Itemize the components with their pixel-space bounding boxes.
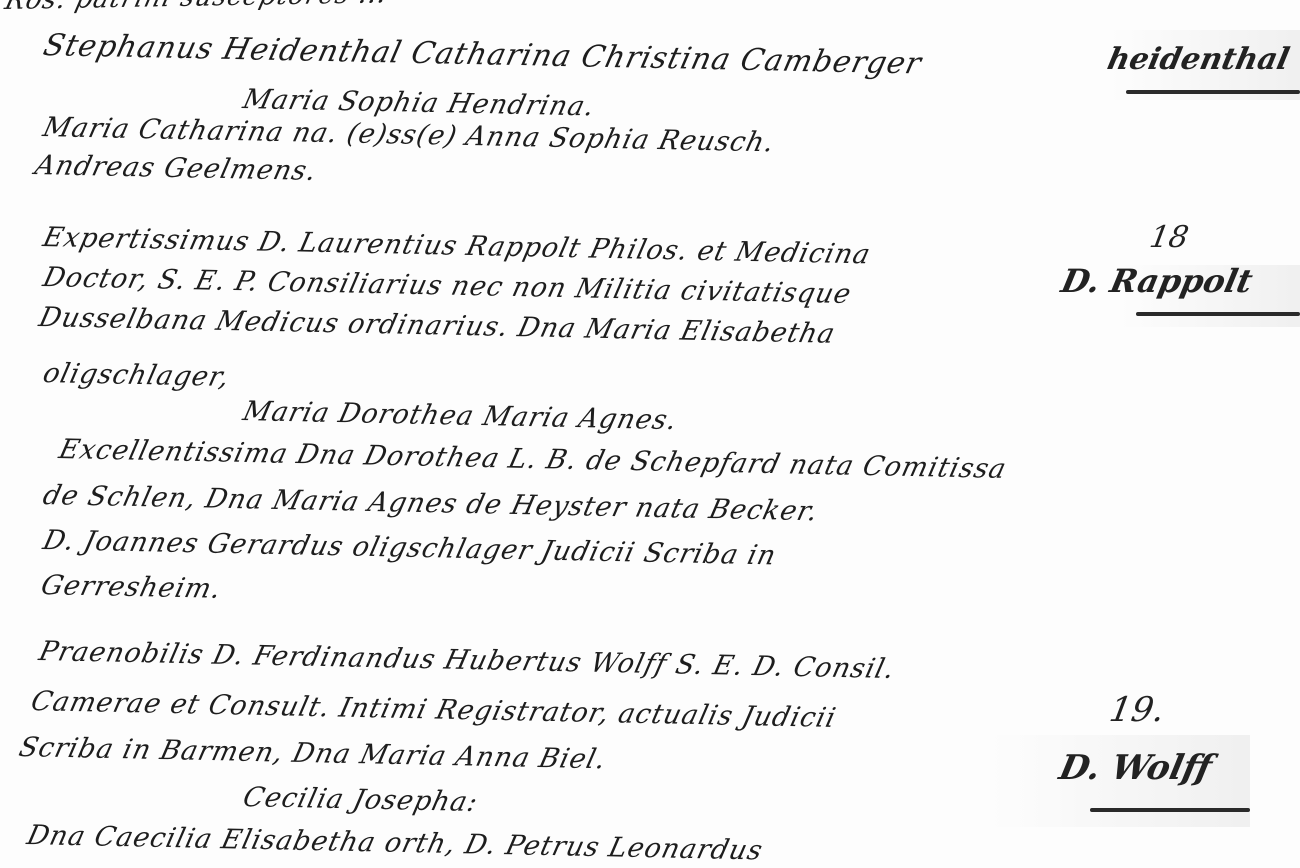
text-line: Camerae et Consult. Intimi Registrator, … — [28, 686, 839, 734]
text-line: Dna Caecilia Elisabetha orth, D. Petrus … — [24, 820, 766, 866]
text-line: Stephanus Heidenthal Catharina Christina… — [40, 28, 925, 81]
text-line: Cecilia Josepha: — [240, 782, 481, 818]
text-line: oligschlager, — [40, 358, 233, 393]
text-line: Gerresheim. — [38, 570, 225, 605]
margin-underline — [1126, 90, 1300, 94]
margin-note-heidenthal: heidenthal — [1104, 42, 1292, 77]
text-line: Ros. patrini susceptores ... — [2, 0, 391, 16]
entry-number: 18 — [1147, 220, 1191, 255]
text-line: Excellentissima Dna Dorothea L. B. de Sc… — [56, 434, 1010, 485]
text-line: Expertissimus D. Laurentius Rappolt Phil… — [40, 222, 874, 270]
entry-number: 19. — [1106, 690, 1167, 730]
text-line: D. Joannes Gerardus oligschlager Judicii… — [40, 525, 780, 571]
margin-underline — [1136, 312, 1300, 316]
text-line: Praenobilis D. Ferdinandus Hubertus Wolf… — [36, 636, 898, 685]
margin-underline — [1090, 808, 1250, 812]
text-line: Dusselbana Medicus ordinarius. Dna Maria… — [36, 302, 839, 350]
text-line: Maria Dorothea Maria Agnes. — [240, 396, 681, 436]
margin-note-rappolt: D. Rappolt — [1058, 262, 1256, 300]
text-line: de Schlen, Dna Maria Agnes de Heyster na… — [40, 480, 822, 527]
text-line: Andreas Geelmens. — [32, 150, 320, 187]
margin-note-wolff: D. Wolff — [1056, 748, 1216, 788]
text-line: Scriba in Barmen, Dna Maria Anna Biel. — [16, 732, 610, 775]
text-line: Doctor, S. E. P. Consiliarius nec non Mi… — [40, 262, 855, 310]
